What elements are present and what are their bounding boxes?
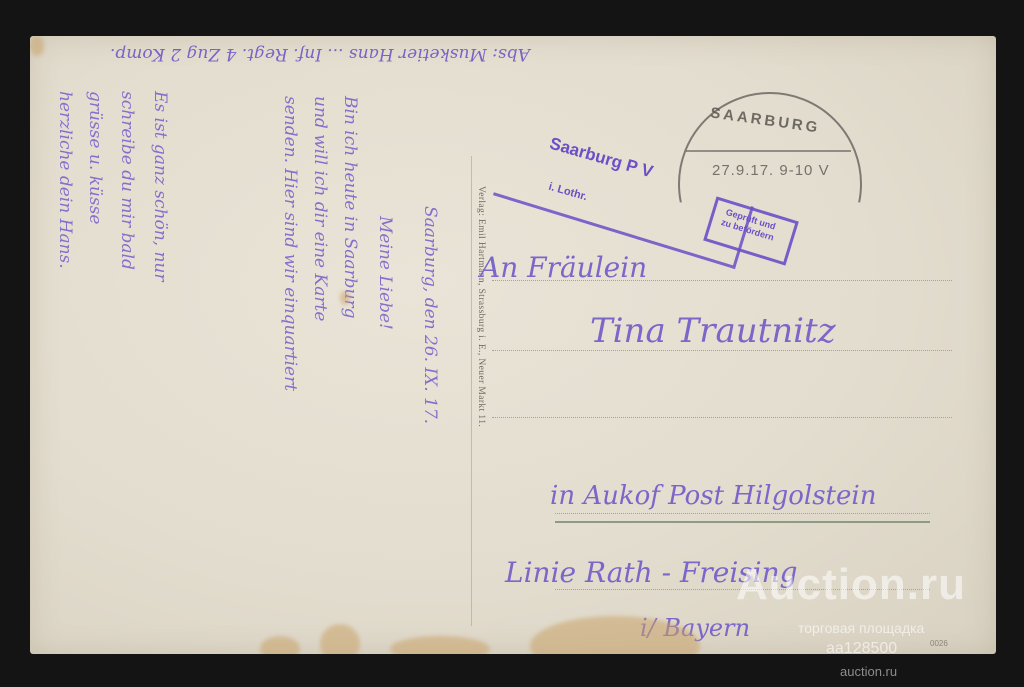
address-salutation: An Fräulein	[480, 251, 647, 284]
message-column-5: schreibe du mir bald	[112, 91, 142, 611]
message-place-date: Saarburg, den 26. IX. 17.	[415, 206, 445, 646]
watermark-site: auction.ru	[840, 664, 897, 679]
stain	[260, 636, 300, 654]
watermark-subtitle: торговая площадка	[798, 620, 924, 636]
stain	[320, 624, 360, 654]
watermark-lot: aa128500	[826, 640, 897, 658]
message-greeting: Meine Liebe!	[370, 216, 400, 536]
watermark-brand: Auction.ru	[736, 560, 966, 610]
print-number: 0026	[930, 639, 948, 648]
address-place: in Aukof Post Hilgolstein	[550, 481, 876, 511]
inverted-sender-line: Abs: Musketier Hans ... Inf. Regt. 4 Zug…	[110, 44, 530, 64]
message-column-7: herzliche dein Hans.	[50, 91, 80, 611]
postmark-bar	[686, 150, 851, 152]
address-line-3	[492, 417, 952, 418]
message-column-2: und will ich dir eine Karte	[305, 96, 335, 616]
message-column-6: grüsse u. küsse	[80, 91, 110, 611]
address-name: Tina Trautnitz	[590, 311, 836, 351]
message-column-1: Bin ich heute in Saarburg	[335, 96, 365, 616]
address-line-solid	[555, 521, 930, 523]
stain	[340, 291, 350, 305]
address-line-4	[555, 513, 930, 514]
corner-stain	[30, 36, 44, 56]
message-column-3: senden. Hier sind wir einquartiert	[275, 96, 305, 616]
postmark-date: 27.9.17. 9-10 V	[712, 162, 830, 179]
message-column-4: Es ist ganz schön, nur	[145, 91, 175, 611]
